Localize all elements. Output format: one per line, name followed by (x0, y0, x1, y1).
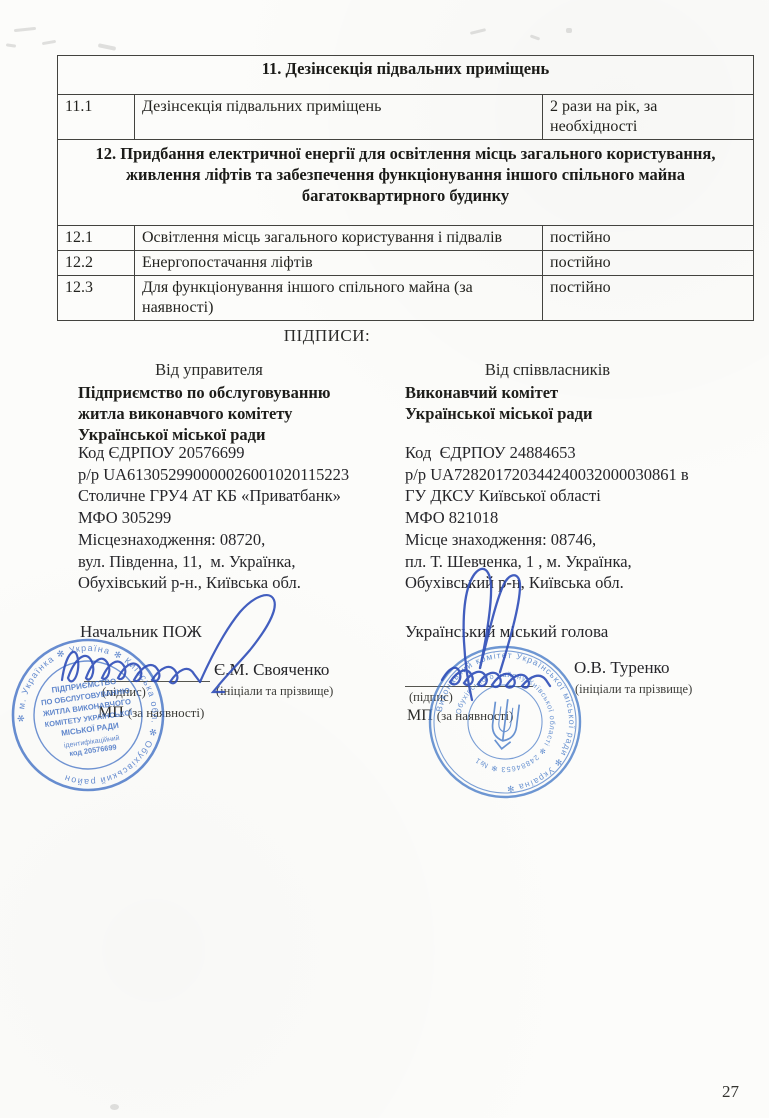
work-name-cell: Освітлення місць загального користування… (135, 226, 543, 251)
detail-line: Столичне ГРУ4 АТ КБ «Приватбанк» (78, 485, 349, 507)
left-party-org: Підприємство по обслуговуванню житла вик… (78, 382, 388, 445)
section-12-header: 12. Придбання електричної енергії для ос… (58, 140, 754, 226)
periodicity-cell: 2 рази на рік, за необхідності (543, 95, 754, 140)
detail-line: МФО 305299 (78, 507, 349, 529)
table-row: 11.1 Дезінсекція підвальних приміщень 2 … (58, 95, 754, 140)
detail-line: Код ЄДРПОУ 20576699 (78, 442, 349, 464)
periodicity-cell: постійно (543, 276, 754, 321)
detail-line: р/р UA728201720344240032000030861 в (405, 464, 689, 486)
scan-smudge (470, 28, 486, 35)
right-handwritten-signature (420, 560, 570, 705)
table-row: 11. Дезінсекція підвальних приміщень (58, 56, 754, 95)
periodicity-cell: постійно (543, 251, 754, 276)
row-number-cell: 12.2 (58, 251, 135, 276)
detail-line: Місце знаходження: 08746, (405, 529, 689, 551)
right-name-caption: (ініціали та прізвище) (575, 682, 692, 697)
org-name-line: Української міської ради (405, 403, 715, 424)
scan-smudge (566, 28, 572, 33)
row-number-cell: 11.1 (58, 95, 135, 140)
scan-smudge (6, 43, 16, 47)
row-number-cell: 12.1 (58, 226, 135, 251)
detail-line: Місцезнаходження: 08720, (78, 529, 349, 551)
section-11-header: 11. Дезінсекція підвальних приміщень (58, 56, 754, 95)
scanned-document-page: 11. Дезінсекція підвальних приміщень 11.… (0, 0, 769, 1118)
org-name-line: Виконавчий комітет (405, 382, 715, 403)
detail-line: МФО 821018 (405, 507, 689, 529)
right-party-role: Від співвласників (405, 360, 690, 380)
scan-smudge (42, 40, 56, 45)
scan-smudge (110, 1104, 119, 1110)
org-name-line: Підприємство по обслуговуванню (78, 382, 388, 403)
table-row: 12.1 Освітлення місць загального користу… (58, 226, 754, 251)
detail-line: ГУ ДКСУ Київської області (405, 485, 689, 507)
trident-icon (490, 698, 520, 751)
detail-line: Код ЄДРПОУ 24884653 (405, 442, 689, 464)
scan-smudge (530, 34, 540, 40)
org-name-line: житла виконавчого комітету (78, 403, 388, 424)
left-party-role: Від управителя (78, 360, 340, 380)
detail-line: р/р UA613052990000026001020115223 (78, 464, 349, 486)
left-party-details: Код ЄДРПОУ 20576699 р/р UA61305299000002… (78, 442, 349, 594)
signatures-title: ПІДПИСИ: (57, 326, 597, 346)
scan-smudge (98, 43, 116, 51)
right-party-org: Виконавчий комітет Української міської р… (405, 382, 715, 424)
table-row: 12.2 Енергопостачання ліфтів постійно (58, 251, 754, 276)
periodicity-cell: постійно (543, 226, 754, 251)
table-row: 12. Придбання електричної енергії для ос… (58, 140, 754, 226)
work-name-cell: Енергопостачання ліфтів (135, 251, 543, 276)
scan-smudge (14, 27, 36, 32)
detail-line: вул. Південна, 11, м. Українка, (78, 551, 349, 573)
page-number: 27 (722, 1082, 739, 1102)
table-row: 12.3 Для функціонування іншого спільного… (58, 276, 754, 321)
work-name-cell: Дезінсекція підвальних приміщень (135, 95, 543, 140)
services-table: 11. Дезінсекція підвальних приміщень 11.… (57, 55, 754, 321)
work-name-cell: Для функціонування іншого спільного майн… (135, 276, 543, 321)
row-number-cell: 12.3 (58, 276, 135, 321)
left-handwritten-signature (50, 588, 320, 708)
